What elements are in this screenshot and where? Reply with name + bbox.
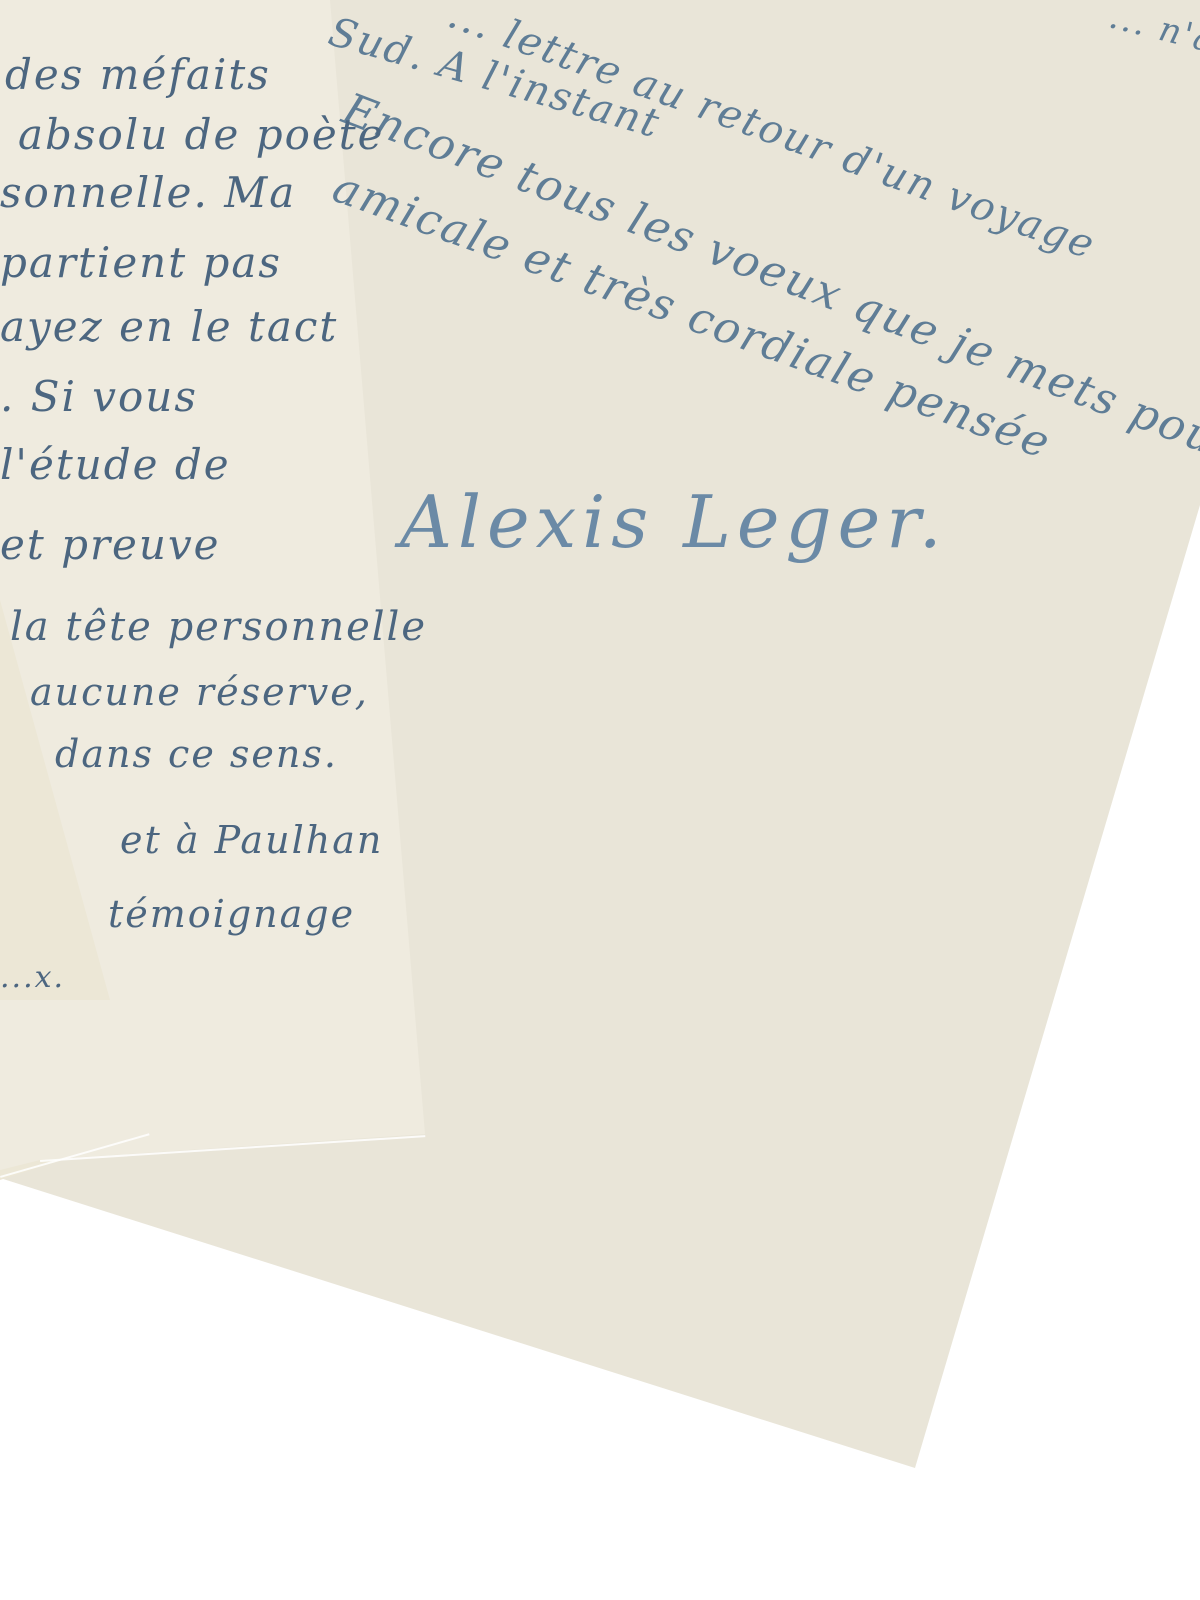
- middle-line-11: dans ce sens.: [55, 732, 338, 776]
- middle-line-6: . Si vous: [0, 372, 198, 421]
- middle-line-2: absolu de poète: [18, 110, 384, 159]
- signature: Alexis Leger.: [400, 480, 948, 564]
- middle-line-12: et à Paulhan: [120, 818, 383, 862]
- middle-line-9: la tête personnelle: [10, 604, 427, 650]
- left-line-1: ...x.: [0, 960, 65, 995]
- middle-line-13: témoignage: [108, 892, 355, 936]
- middle-line-3: sonnelle. Ma: [0, 168, 296, 217]
- middle-line-10: aucune réserve,: [30, 670, 369, 714]
- middle-line-8: et preuve: [0, 520, 221, 569]
- middle-line-4: partient pas: [0, 238, 282, 287]
- middle-line-7: l'étude de: [0, 440, 231, 489]
- middle-line-5: ayez en le tact: [0, 302, 338, 351]
- middle-line-1: des méfaits: [5, 50, 271, 99]
